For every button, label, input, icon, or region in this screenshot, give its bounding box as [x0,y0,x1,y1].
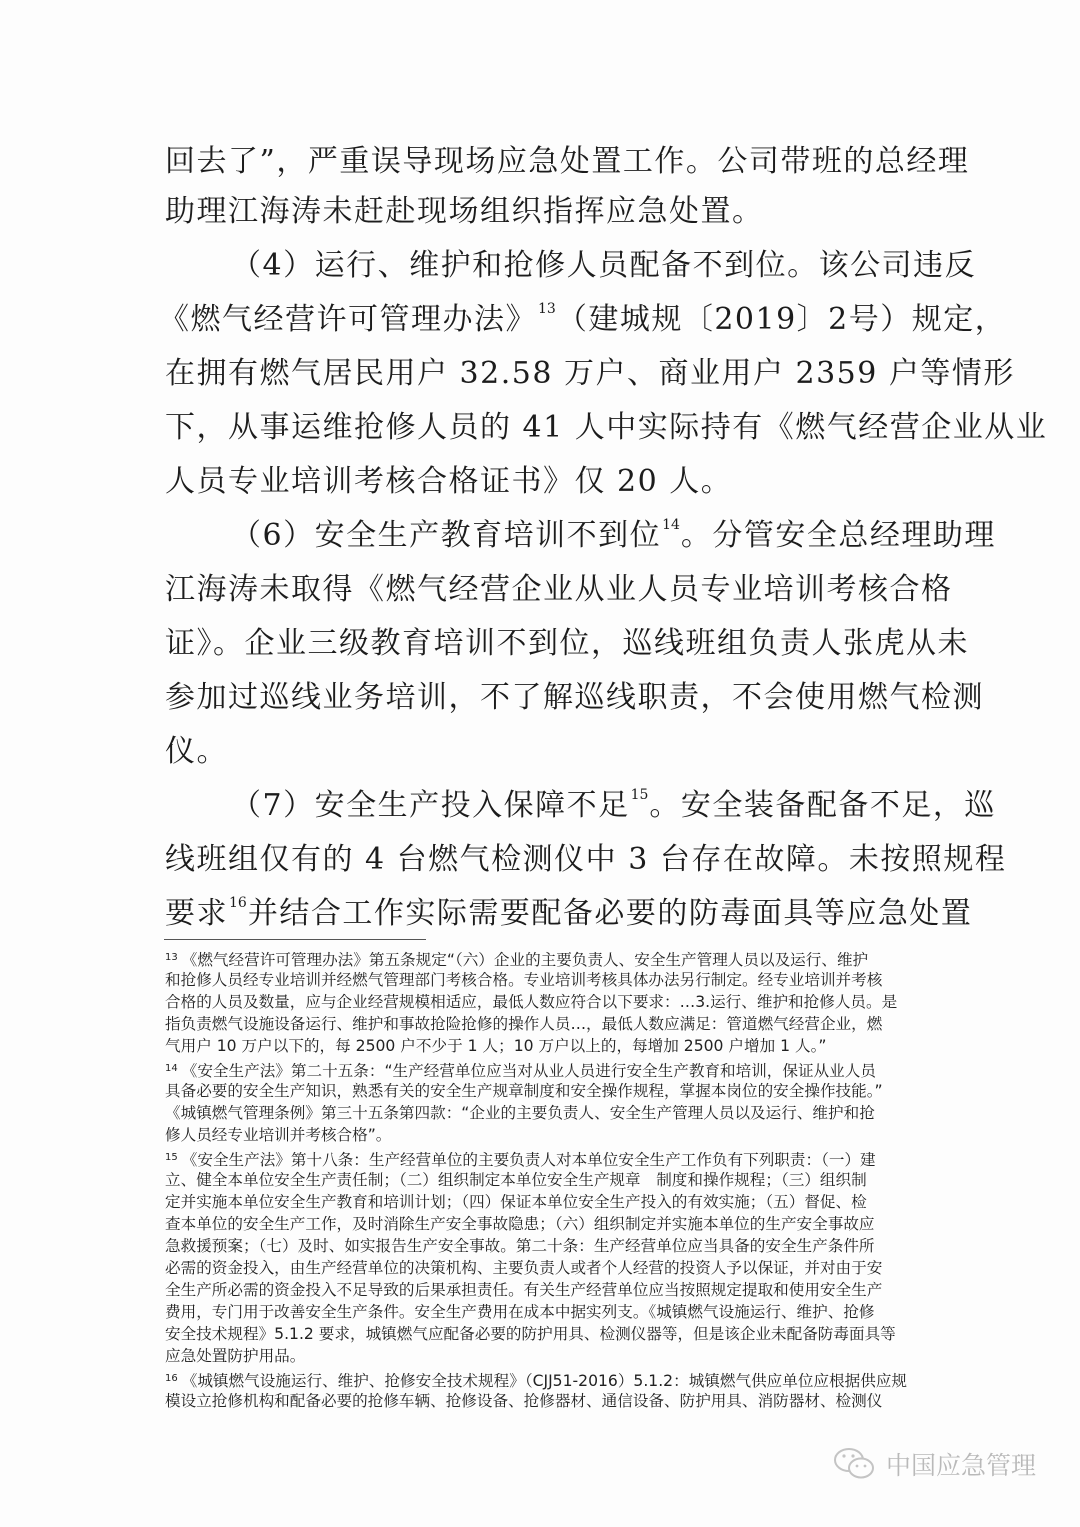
body-line: 仪。 [165,732,228,772]
wechat-icon [832,1446,878,1482]
body-line: 下，从事运维抢修人员的 41 人中实际持有《燃气经营企业从业 [165,408,1047,448]
footnote-number: 16 [165,1373,178,1384]
body-line: 在拥有燃气居民用户 32.58 万户、商业用户 2359 户等情形 [165,354,1015,394]
footnote-line: 具备必要的安全生产知识，熟悉有关的安全生产规章制度和安全操作规程，掌握本岗位的安… [165,1080,883,1102]
footnote-line: 《燃气经营许可管理办法》第五条规定“（六）企业的主要负责人、安全生产管理人员以及… [182,951,868,969]
body-line: 人员专业培训考核合格证书》仅 20 人。 [165,462,732,502]
footnote-14: 14《安全生产法》第二十五条：“生产经营单位应当对从业人员进行安全生产教育和培训… [165,1058,876,1080]
footnote-line: 《安全生产法》第十八条：生产经营单位的主要负责人对本单位安全生产工作负有下列职责… [182,1151,876,1169]
footnote-16: 16《城镇燃气设施运行、维护、抢修安全技术规程》（CJJ51-2016）5.1.… [165,1368,907,1390]
footnote-ref-16[interactable]: 16 [229,895,247,911]
footnote-ref-14[interactable]: 14 [662,517,680,533]
footnote-line: 急救援预案；（七）及时、如实报告生产安全事故。第二十条：生产经营单位应当具备的安… [165,1235,875,1257]
text-span: （建城规〔2019〕2号）规定， [557,302,1006,337]
paragraph-7-heading: （7）安全生产投入保障不足15。安全装备配备不足，巡 [231,786,996,826]
footnote-line: 定并实施本单位安全生产教育和培训计划；（四）保证本单位安全生产投入的有效实施；（… [165,1191,867,1213]
footnote-number: 14 [165,1063,178,1074]
footnote-line: 《城镇燃气管理条例》第三十五条第四款：“企业的主要负责人、安全生产管理人员以及运… [165,1102,875,1124]
text-span: 要求 [165,896,228,931]
footnote-line: 《城镇燃气设施运行、维护、抢修安全技术规程》（CJJ51-2016）5.1.2：… [182,1372,907,1390]
body-line: 证》。企业三级教育培训不到位，巡线班组负责人张虎从未 [165,624,969,664]
footnote-line: 立、健全本单位安全生产责任制；（二）组织制定本单位安全生产规章 制度和操作规程；… [165,1169,867,1191]
footnote-line: 指负责燃气设施设备运行、维护和事故抢险抢修的操作人员…，最低人数应满足：管道燃气… [165,1013,882,1035]
footnote-line: 查本单位的安全生产工作，及时消除生产安全事故隐患；（六）组织制定并实施本单位的生… [165,1213,875,1235]
watermark: 中国应急管理 [832,1446,1036,1482]
text-span: 并结合工作实际需要配备必要的防毒面具等应急处置 [248,896,973,931]
body-line: 回去了”，严重误导现场应急处置工作。公司带班的总经理 [165,142,969,182]
text-span: 《燃气经营许可管理办法》 [159,302,537,337]
text-span: （6）安全生产教育培训不到位 [231,518,661,553]
footnote-line: 合格的人员及数量，应与企业经营规模相适应，最低人数应符合以下要求：…3.运行、维… [165,991,897,1013]
footnote-ref-15[interactable]: 15 [631,787,649,803]
text-span: 。安全装备配备不足，巡 [649,788,996,823]
watermark-text: 中国应急管理 [886,1446,1036,1482]
footnote-line: 和抢修人员经专业培训并经燃气管理部门考核合格。专业培训考核具体办法另行制定。经专… [165,969,882,991]
footnote-line: 费用，专门用于改善安全生产条件。安全生产费用在成本中据实列支。《城镇燃气设施运行… [165,1301,875,1323]
document-page: 回去了”，严重误导现场应急处置工作。公司带班的总经理 助理江海涛未赶赴现场组织指… [0,0,1080,1527]
footnote-13: 13《燃气经营许可管理办法》第五条规定“（六）企业的主要负责人、安全生产管理人员… [165,947,868,969]
footnote-line: 必需的资金投入，由生产经营单位的决策机构、主要负责人或者个人经营的投资人予以保证… [165,1257,882,1279]
footnote-line: 应急处置防护用品。 [165,1345,305,1367]
body-line: 助理江海涛未赶赴现场组织指挥应急处置。 [165,192,764,232]
body-line: 线班组仅有的 4 台燃气检测仪中 3 台存在故障。未按照规程 [165,840,1006,880]
paragraph-4-heading: （4）运行、维护和抢修人员配备不到位。该公司违反 [231,246,976,286]
footnote-line: 安全技术规程》5.1.2 要求，城镇燃气应配备必要的防护用具、检测仪器等，但是该… [165,1323,896,1345]
body-line: 参加过巡线业务培训，不了解巡线职责，不会使用燃气检测 [165,678,984,718]
body-line: 江海涛未取得《燃气经营企业从业人员专业培训考核合格 [165,570,953,610]
paragraph-6-heading: （6）安全生产教育培训不到位14。分管安全总经理助理 [231,516,996,556]
footnote-line: 模设立抢修机构和配备必要的抢修车辆、抢修设备、抢修器材、通信设备、防护用具、消防… [165,1390,882,1412]
footnote-15: 15《安全生产法》第十八条：生产经营单位的主要负责人对本单位安全生产工作负有下列… [165,1147,876,1169]
footnote-number: 13 [165,952,178,963]
footnote-divider [164,939,426,940]
footnote-line: 《安全生产法》第二十五条：“生产经营单位应当对从业人员进行安全生产教育和培训，保… [182,1062,876,1080]
footnote-line: 全生产所必需的资金投入不足导致的后果承担责任。有关生产经营单位应当按照规定提取和… [165,1279,882,1301]
footnote-ref-13[interactable]: 13 [538,301,556,317]
body-line: 《燃气经营许可管理办法》13（建城规〔2019〕2号）规定， [159,300,1006,340]
footnote-line: 气用户 10 万户以下的，每 2500 户不少于 1 人；10 万户以上的，每增… [165,1035,827,1057]
body-line: 要求16并结合工作实际需要配备必要的防毒面具等应急处置 [165,894,972,934]
text-span: 。分管安全总经理助理 [681,518,996,553]
footnote-number: 15 [165,1152,178,1163]
text-span: （7）安全生产投入保障不足 [231,788,630,823]
footnote-line: 修人员经专业培训并考核合格”。 [165,1124,391,1146]
